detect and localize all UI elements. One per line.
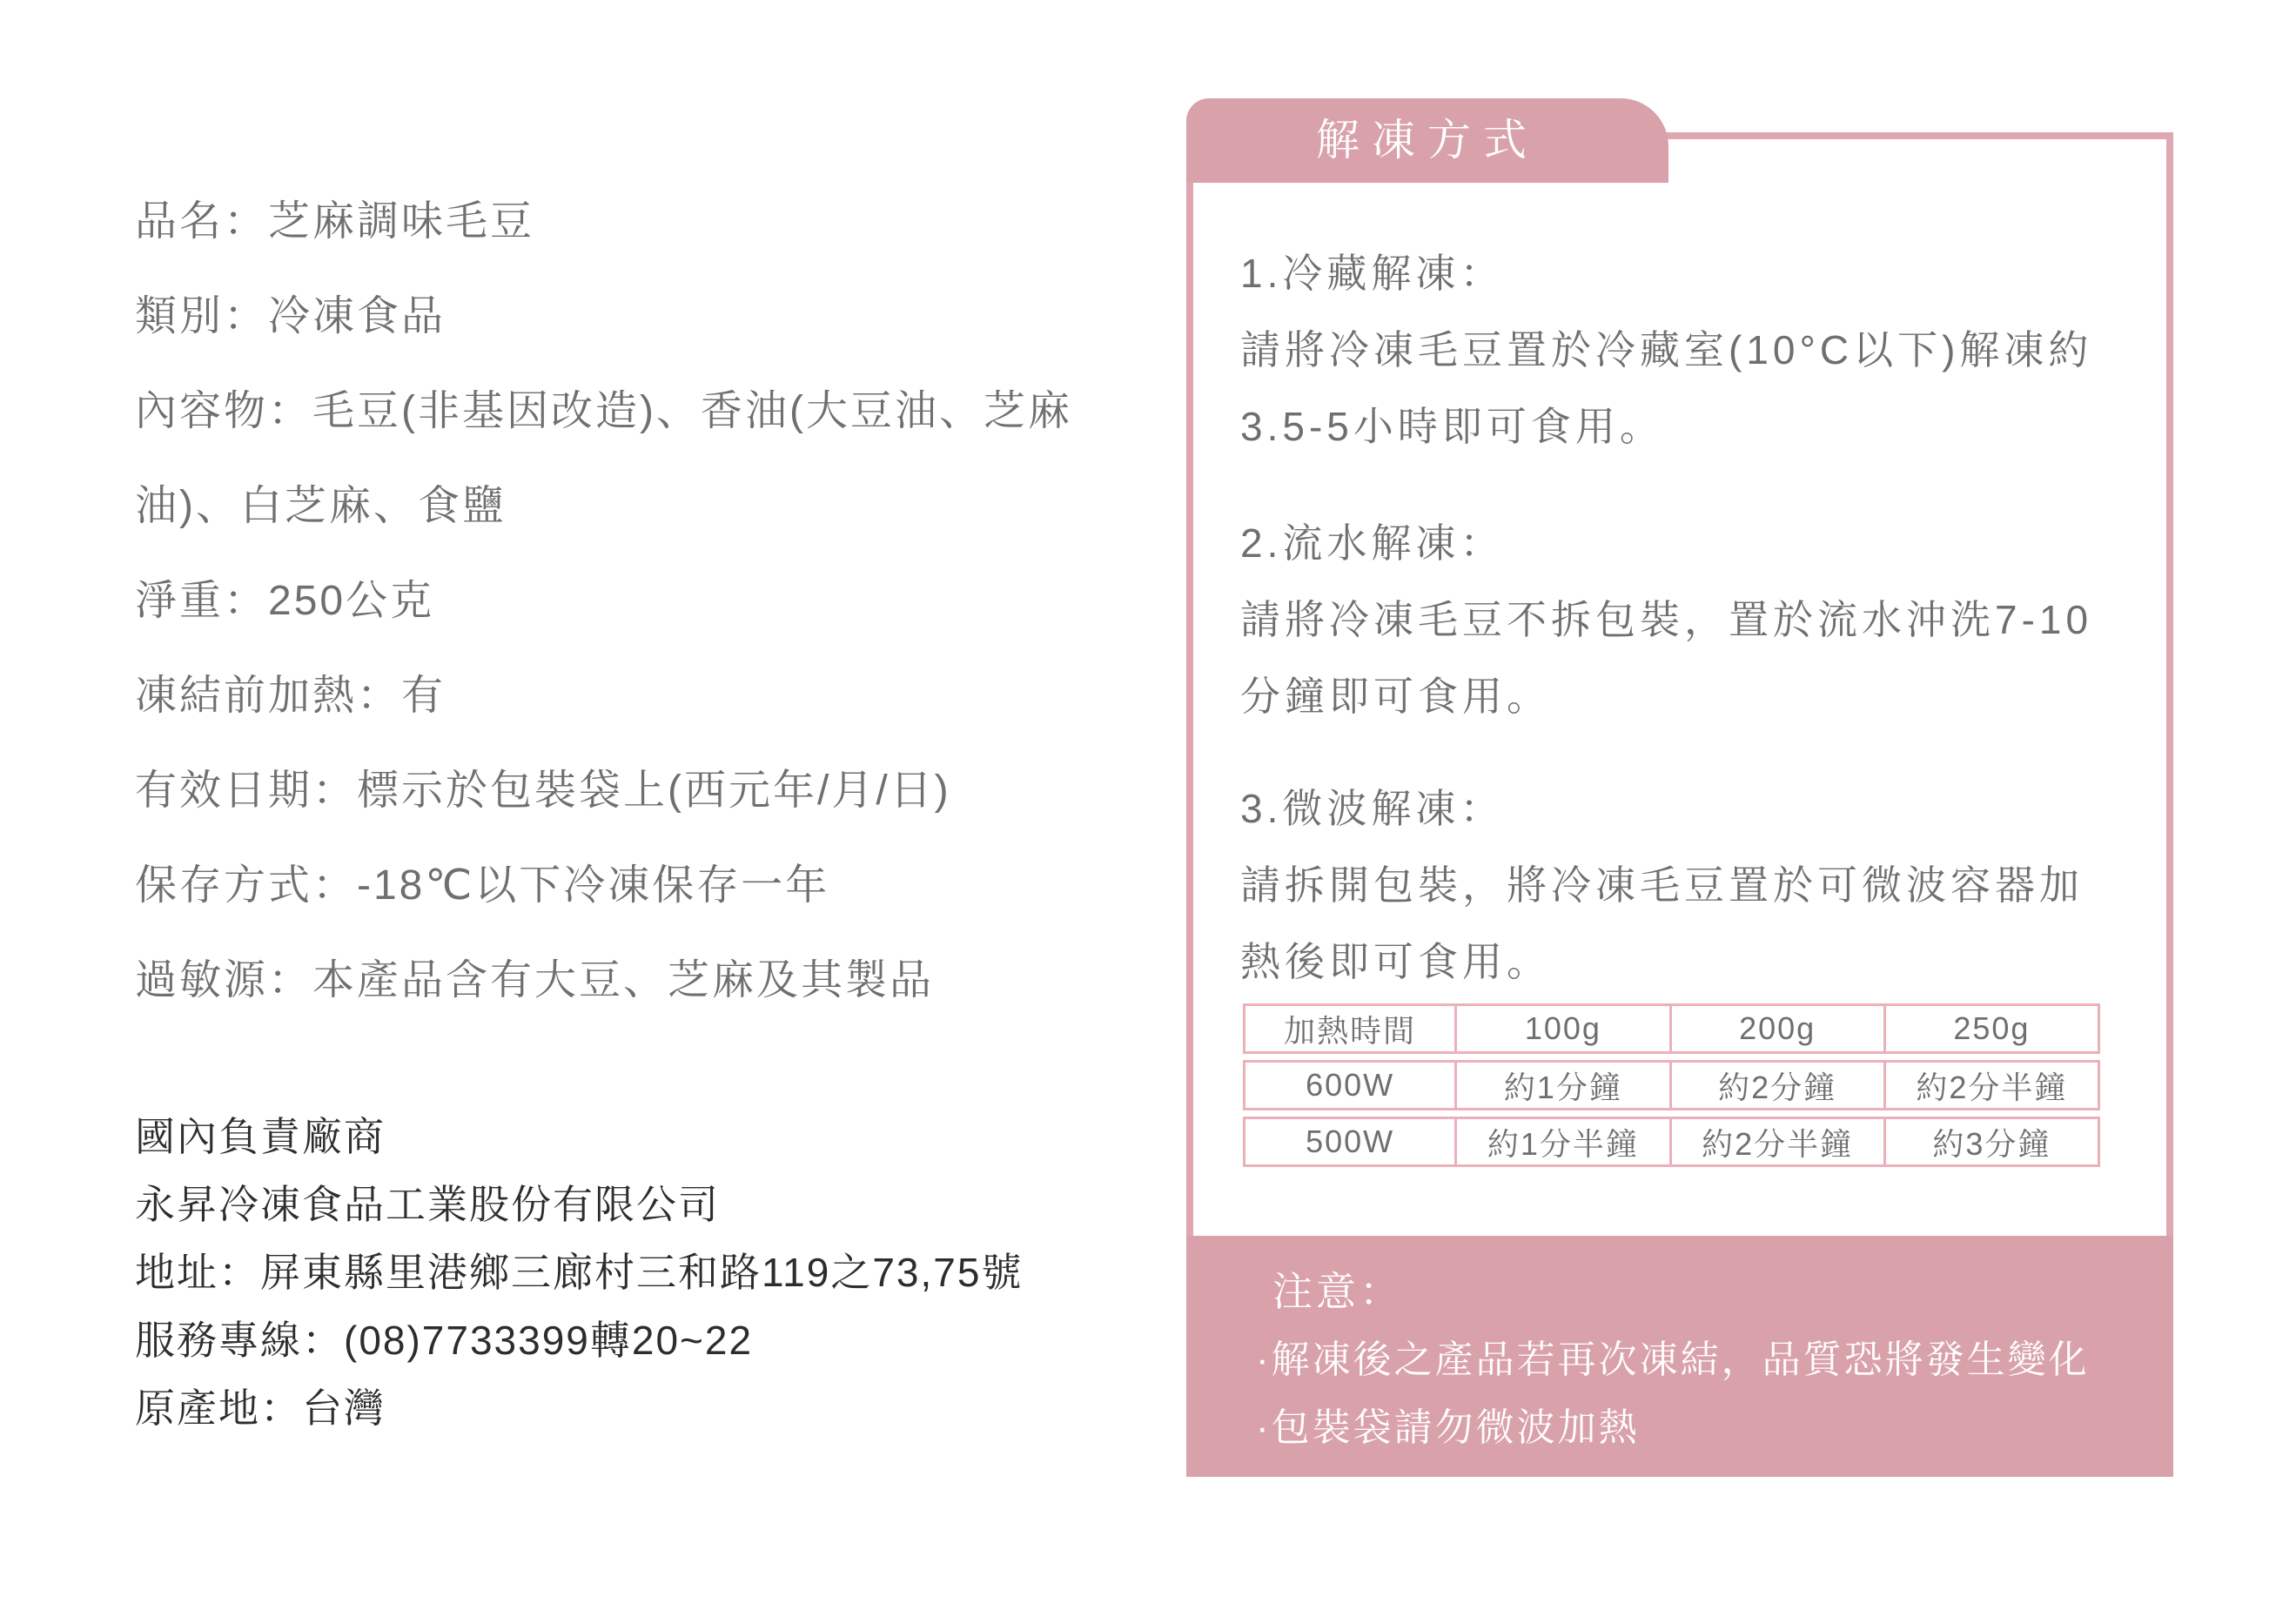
defrost-section-line: 請將冷凍毛豆置於冷藏室(10°C以下)解凍約 [1240,319,2092,376]
defrost-section-line: 請拆開包裝，將冷凍毛豆置於可微波容器加 [1240,854,2084,911]
heating-table-header-cell: 100g [1457,1003,1671,1054]
product-info-line: 淨重：250公克 [135,567,434,627]
notice-item: ·包裝袋請勿微波加熱 [1256,1396,1640,1452]
defrost-section-title: 2.流水解凍： [1240,512,1504,569]
heating-table-cell: 約2分鐘 [1672,1060,1886,1110]
defrost-section-title: 1.冷藏解凍： [1240,242,1504,299]
product-info-line: 保存方式：-18℃以下冷凍保存一年 [135,851,829,911]
manufacturer-line: 服務專線：(08)7733399轉20~22 [135,1309,753,1366]
heating-table-cell: 約3分鐘 [1886,1117,2100,1167]
defrost-section-title: 3.微波解凍： [1240,777,1504,835]
heating-table-header-row: 加熱時間 100g 200g 250g [1243,1003,2100,1054]
manufacturer-line: 地址：屏東縣里港鄉三廊村三和路119之73,75號 [135,1241,1023,1298]
defrost-panel-title: 解凍方式 [1186,98,1668,183]
product-info-line: 油)、白芝麻、食鹽 [135,472,507,532]
heating-table-cell: 約2分半鐘 [1672,1117,1886,1167]
defrost-panel-tab: 解凍方式 [1186,98,1668,183]
heating-table-header-cell: 加熱時間 [1243,1003,1457,1054]
heating-table-row: 500W 約1分半鐘 約2分半鐘 約3分鐘 [1243,1117,2100,1167]
notice-title: 注意： [1272,1260,1403,1318]
manufacturer-line: 國內負責廠商 [135,1105,386,1163]
heating-table-cell: 600W [1243,1060,1457,1110]
manufacturer-line: 永昇冷凍食品工業股份有限公司 [135,1173,720,1231]
heating-table-row: 600W 約1分鐘 約2分鐘 約2分半鐘 [1243,1060,2100,1110]
heating-table-cell: 500W [1243,1117,1457,1167]
heating-table-header-cell: 200g [1672,1003,1886,1054]
heating-table-cell: 約1分半鐘 [1457,1117,1671,1167]
heating-time-table: 加熱時間 100g 200g 250g 600W 約1分鐘 約2分鐘 約2分半鐘… [1243,1003,2100,1167]
notice-item: ·解凍後之產品若再次凍結，品質恐將發生變化 [1256,1328,2090,1384]
product-info-line: 類別：冷凍食品 [135,282,446,342]
heating-table-cell: 約2分半鐘 [1886,1060,2100,1110]
product-info-line: 內容物：毛豆(非基因改造)、香油(大豆油、芝麻 [135,377,1072,437]
heating-table-cell: 約1分鐘 [1457,1060,1671,1110]
defrost-section-line: 熱後即可食用。 [1240,930,1551,988]
product-info-line: 品名：芝麻調味毛豆 [135,187,534,247]
frozen-edamame-label: { "colors": { "accent_pink": "#d9a2ab", … [0,0,2296,1610]
heating-table-header-cell: 250g [1886,1003,2100,1054]
defrost-section-line: 3.5-5小時即可食用。 [1240,395,1664,453]
defrost-section-line: 分鐘即可食用。 [1240,665,1551,722]
defrost-section-line: 請將冷凍毛豆不拆包裝，置於流水沖洗7-10 [1240,588,2092,646]
manufacturer-line: 原產地：台灣 [135,1377,386,1434]
product-info-line: 過敏源：本產品含有大豆、芝麻及其製品 [135,946,934,1006]
product-info-line: 凍結前加熱：有 [135,661,446,721]
product-info-line: 有效日期：標示於包裝袋上(西元年/月/日) [135,756,951,816]
